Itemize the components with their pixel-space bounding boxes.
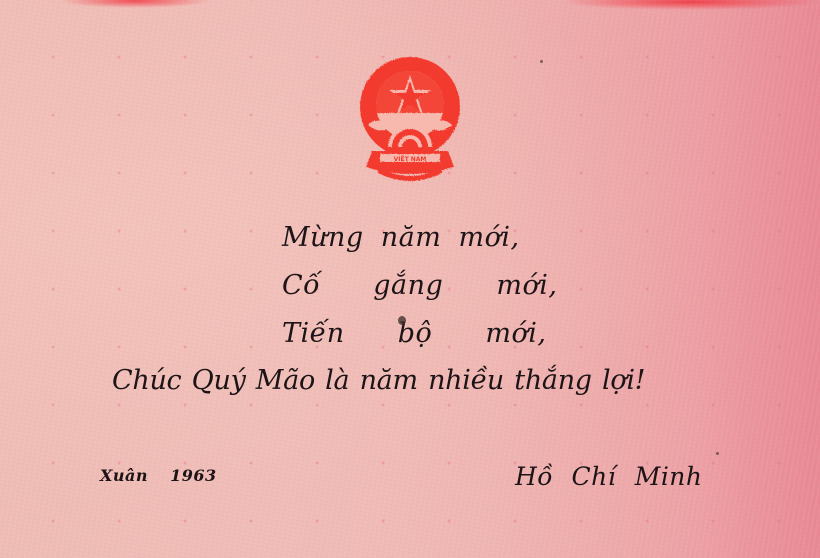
greeting-card: VIỆT NAM Mừng năm mới, Cố gắng mới, Tiến…	[0, 0, 820, 558]
poem-line-1: Mừng năm mới,	[282, 222, 520, 253]
signature: Hồ Chí Minh	[515, 462, 703, 491]
poem-line-3: Tiến bộ mới,	[282, 318, 546, 349]
date-text: Xuân 1963	[100, 466, 217, 485]
ink-fleck	[716, 452, 719, 455]
poem-line-2: Cố gắng mới,	[282, 270, 557, 301]
poem-line-4: Chúc Quý Mão là năm nhiều thắng lợi!	[112, 365, 645, 396]
ink-fleck	[540, 60, 543, 63]
poem: Mừng năm mới, Cố gắng mới, Tiến bộ mới, …	[0, 0, 820, 558]
ink-blot	[398, 316, 406, 325]
